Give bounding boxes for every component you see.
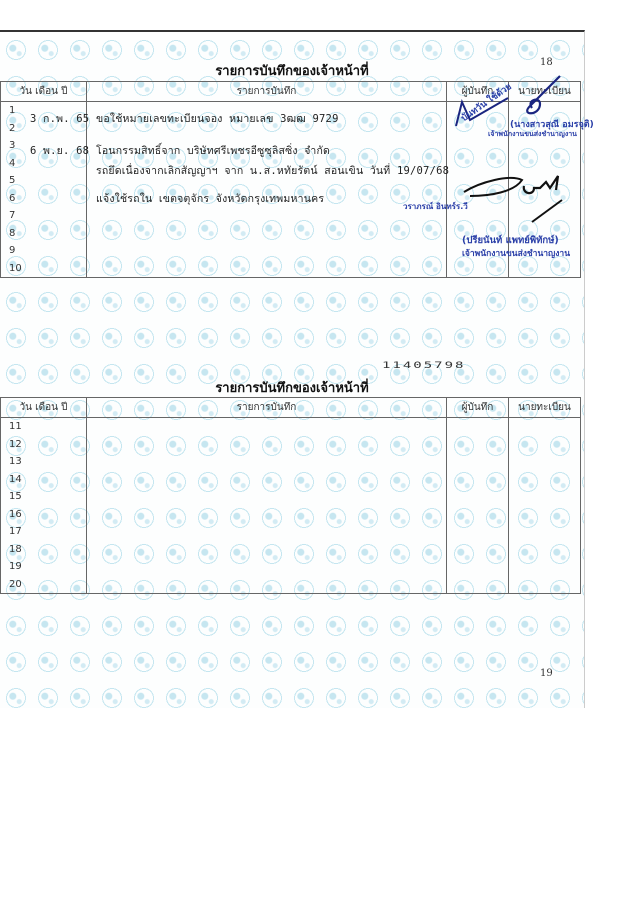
section-title-bottom: รายการบันทึกของเจ้าหน้าที่: [0, 377, 584, 398]
registrar-cell: [509, 558, 581, 576]
officer-log-table-bottom: วัน เดือน ปี รายการบันทึก ผู้บันทึก นายท…: [0, 397, 581, 594]
entry-cell: [87, 576, 447, 594]
row-number: 16: [1, 506, 87, 524]
registrar-cell: [509, 576, 581, 594]
registrar-signature-1: [510, 72, 570, 122]
column-header-date: วัน เดือน ปี: [1, 398, 87, 418]
entry-cell: [87, 506, 447, 524]
entry-text-4: แจ้งใช้รถใน เขตจตุจักร จังหวัดกรุงเทพมหา…: [96, 190, 324, 207]
page-number-bottom: 19: [540, 668, 553, 679]
recorder-cell: [447, 418, 509, 436]
entry-cell: [87, 558, 447, 576]
table-row: 7: [1, 207, 581, 225]
recorder-cell: [447, 155, 509, 173]
row-number: 8: [1, 225, 87, 243]
table-row: 10: [1, 260, 581, 278]
row-number: 17: [1, 523, 87, 541]
registrar-cell: [509, 453, 581, 471]
column-header-recorder: ผู้บันทึก: [447, 398, 509, 418]
entry-cell: [87, 418, 447, 436]
entry-cell: [87, 453, 447, 471]
row-number: 12: [1, 436, 87, 454]
recorder-cell: [447, 453, 509, 471]
entry-cell: [87, 436, 447, 454]
registrar-cell: [509, 541, 581, 559]
recorder-cell: [447, 523, 509, 541]
entry-cell: [87, 471, 447, 489]
entry-text-2: โอนกรรมสิทธิ์จาก บริษัทศรีเพชรอีซูซุลิสซ…: [96, 142, 330, 159]
serial-number: 11405798: [382, 361, 465, 371]
column-header-entry: รายการบันทึก: [87, 398, 447, 418]
row-number: 6: [1, 190, 87, 208]
row-number: 15: [1, 488, 87, 506]
table-row: 16: [1, 506, 581, 524]
column-header-entry: รายการบันทึก: [87, 82, 447, 102]
entry-cell: [87, 541, 447, 559]
recorder-cell: [447, 558, 509, 576]
recorder-cell: [447, 260, 509, 278]
entry-text-3: รถยึดเนื่องจากเลิกสัญญาฯ จาก น.ส.หทัยรัต…: [96, 162, 449, 179]
section-title-top: รายการบันทึกของเจ้าหน้าที่: [0, 60, 584, 81]
row-number: 13: [1, 453, 87, 471]
registrar-cell: [509, 471, 581, 489]
stamp-position-3: เจ้าพนักงานขนส่งชำนาญงาน: [462, 246, 570, 260]
recorder-cell: [447, 541, 509, 559]
table-row: 18: [1, 541, 581, 559]
registrar-cell: [509, 260, 581, 278]
recorder-cell: [447, 488, 509, 506]
recorder-cell: [447, 436, 509, 454]
recorder-cell: [447, 506, 509, 524]
table-row: 11: [1, 418, 581, 436]
table-row: 19: [1, 558, 581, 576]
row-number: 10: [1, 260, 87, 278]
column-header-registrar: นายทะเบียน: [509, 398, 581, 418]
column-header-date: วัน เดือน ปี: [1, 82, 87, 102]
row-number: 11: [1, 418, 87, 436]
row-number: 7: [1, 207, 87, 225]
table-row: 12: [1, 436, 581, 454]
entry-cell: [87, 207, 447, 225]
registrar-cell: [509, 488, 581, 506]
table-row: 17: [1, 523, 581, 541]
entry-cell: [87, 523, 447, 541]
row-number: 14: [1, 471, 87, 489]
table-row: 13: [1, 453, 581, 471]
recorder-cell: [447, 576, 509, 594]
row-number: 18: [1, 541, 87, 559]
table-row: 15: [1, 488, 581, 506]
registrar-cell: [509, 523, 581, 541]
table-row: 20: [1, 576, 581, 594]
entry-text-1: ขอใช้หมายเลขทะเบียนจอง หมายเลข 3ฒฒ 9729: [96, 110, 339, 127]
registrar-cell: [509, 436, 581, 454]
registrar-cell: [509, 418, 581, 436]
table-row: 14: [1, 471, 581, 489]
registrar-cell: [509, 155, 581, 173]
recorder-cell: [447, 471, 509, 489]
row-number: 19: [1, 558, 87, 576]
entry-date-2: 6 พ.ย. 68: [30, 142, 89, 159]
row-number: 20: [1, 576, 87, 594]
entry-cell: [87, 225, 447, 243]
entry-date-1: 3 ก.พ. 65: [30, 110, 89, 127]
row-number: 5: [1, 172, 87, 190]
registrar-cell: [509, 506, 581, 524]
entry-cell: [87, 488, 447, 506]
registrar-signature-2: [520, 172, 580, 232]
entry-cell: [87, 242, 447, 260]
row-number: 9: [1, 242, 87, 260]
stamp-name-2: วราภรณ์ อินทร์ร.วี: [403, 200, 468, 213]
stamp-position-1: เจ้าพนักงานขนส่งชำนาญงาน: [488, 129, 577, 140]
entry-cell: [87, 260, 447, 278]
